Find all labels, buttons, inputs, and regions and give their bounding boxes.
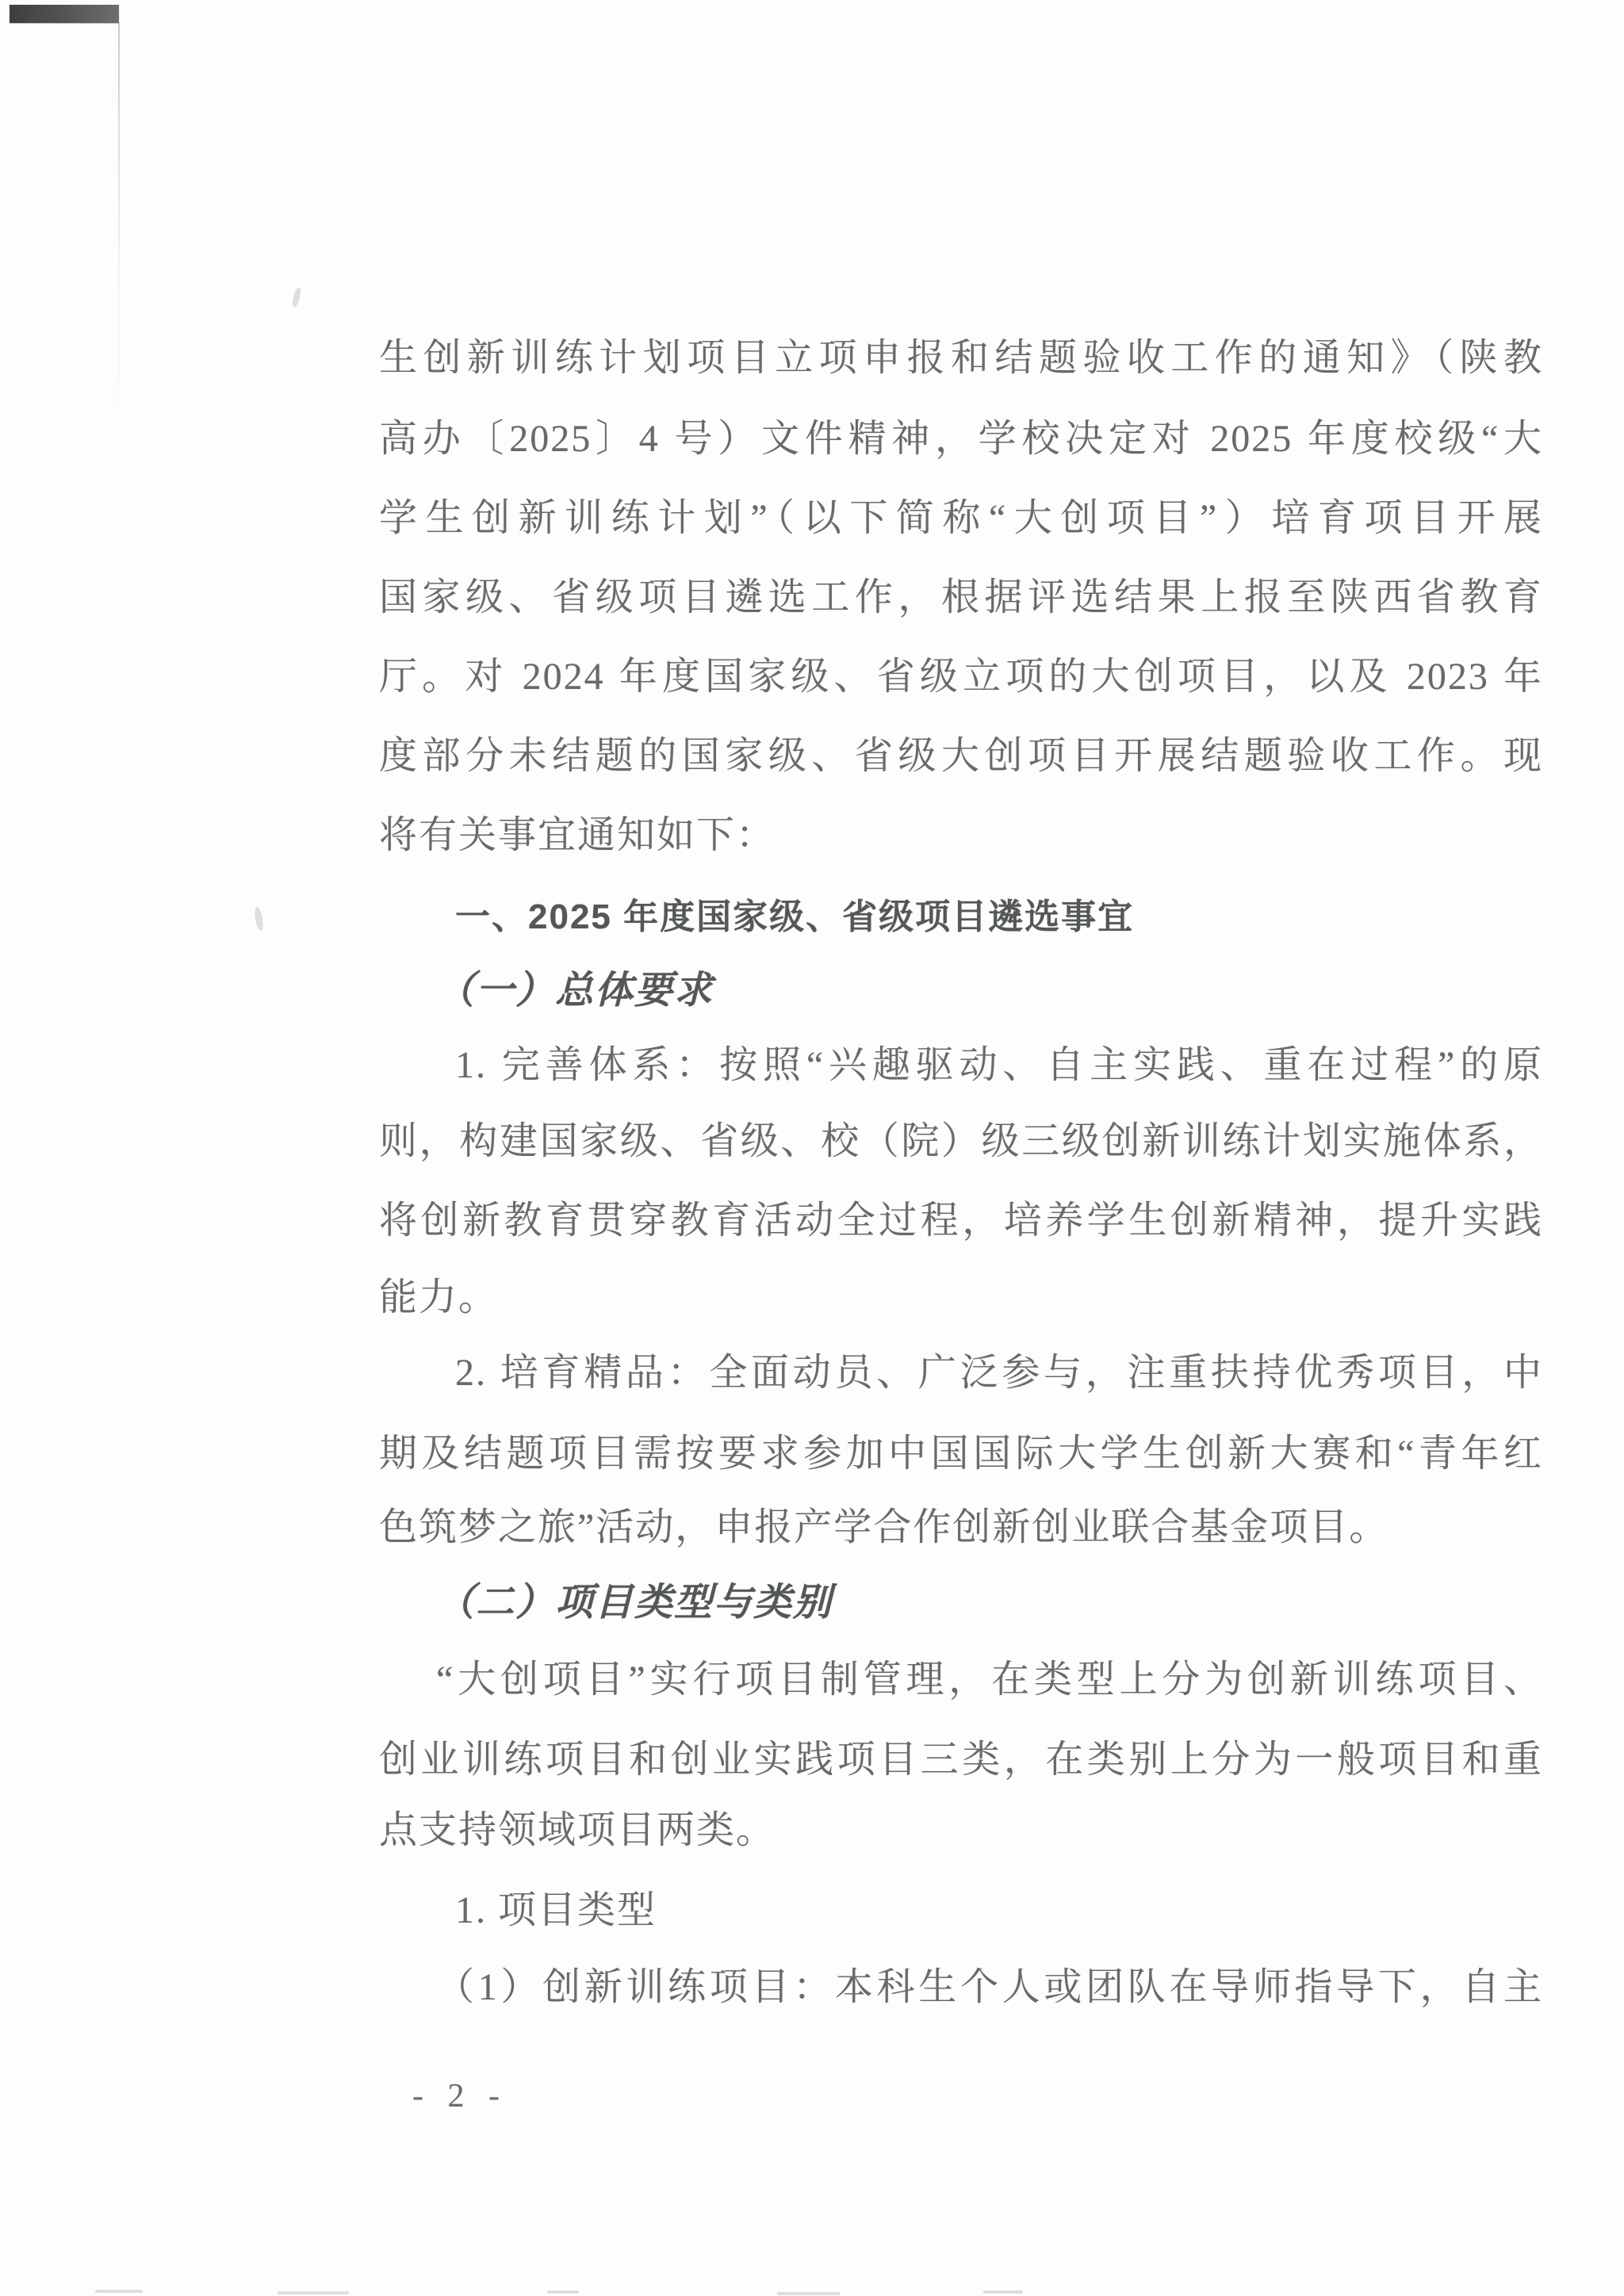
body-line: 2. 培育精品：全面动员、广泛参与，注重扶持优秀项目，中	[379, 1348, 1543, 1399]
body-line: “大创项目”实行项目制管理，在类型上分为创新训练项目、	[379, 1655, 1543, 1705]
body-line: 将有关事宜通知如下：	[379, 810, 1543, 861]
body-line: 度部分未结题的国家级、省级大创项目开展结题验收工作。现	[379, 731, 1543, 782]
body-line: 国家级、省级项目遴选工作，根据评选结果上报至陕西省教育	[379, 572, 1543, 623]
paper-edge-shadow	[118, 22, 120, 442]
list-heading-project-type: 1. 项目类型	[379, 1885, 1543, 1936]
body-line: 则，构建国家级、省级、校（院）级三级创新训练计划实施体系，	[379, 1116, 1543, 1167]
body-line: 创业训练项目和创业实践项目三类，在类别上分为一般项目和重	[379, 1735, 1543, 1785]
body-line: 将创新教育贯穿教育活动全过程，培养学生创新精神，提升实践	[379, 1196, 1543, 1246]
body-line: 期及结题项目需按要求参加中国国际大学生创新大赛和“青年红	[379, 1429, 1543, 1479]
body-line: 1. 完善体系：按照“兴趣驱动、自主实践、重在过程”的原	[379, 1040, 1543, 1091]
subsection-heading-overall-requirements: （一）总体要求	[379, 966, 1543, 1016]
body-line: 能力。	[379, 1272, 1543, 1323]
scan-speck	[547, 2290, 579, 2294]
scan-speck	[95, 2290, 143, 2293]
body-line: 厅。对 2024 年度国家级、省级立项的大创项目，以及 2023 年	[379, 652, 1543, 702]
scan-smudge	[253, 906, 264, 931]
scan-speck	[777, 2292, 841, 2295]
scan-speck	[278, 2291, 349, 2294]
scanner-artifact-bar	[10, 5, 119, 23]
body-line: （1）创新训练项目：本科生个人或团队在导师指导下，自主	[379, 1962, 1543, 2013]
subsection-heading-project-types: （二）项目类型与类别	[379, 1578, 1543, 1628]
body-line: 色筑梦之旅”活动，申报产学合作创新创业联合基金项目。	[379, 1502, 1543, 1553]
scanned-document-page: 生创新训练计划项目立项申报和结题验收工作的通知》（陕教 高办〔2025〕4 号）…	[0, 0, 1624, 2296]
scan-smudge	[291, 286, 302, 308]
body-line: 高办〔2025〕4 号）文件精神，学校决定对 2025 年度校级“大	[379, 414, 1543, 465]
body-line: 生创新训练计划项目立项申报和结题验收工作的通知》（陕教	[379, 333, 1543, 384]
scan-speck	[983, 2290, 1023, 2294]
body-line: 点支持领域项目两类。	[379, 1805, 1543, 1856]
body-line: 学生创新训练计划”（以下简称“大创项目”）培育项目开展	[379, 493, 1543, 544]
section-heading-1: 一、2025 年度国家级、省级项目遴选事宜	[379, 892, 1543, 943]
page-number: - 2 -	[412, 2077, 507, 2115]
